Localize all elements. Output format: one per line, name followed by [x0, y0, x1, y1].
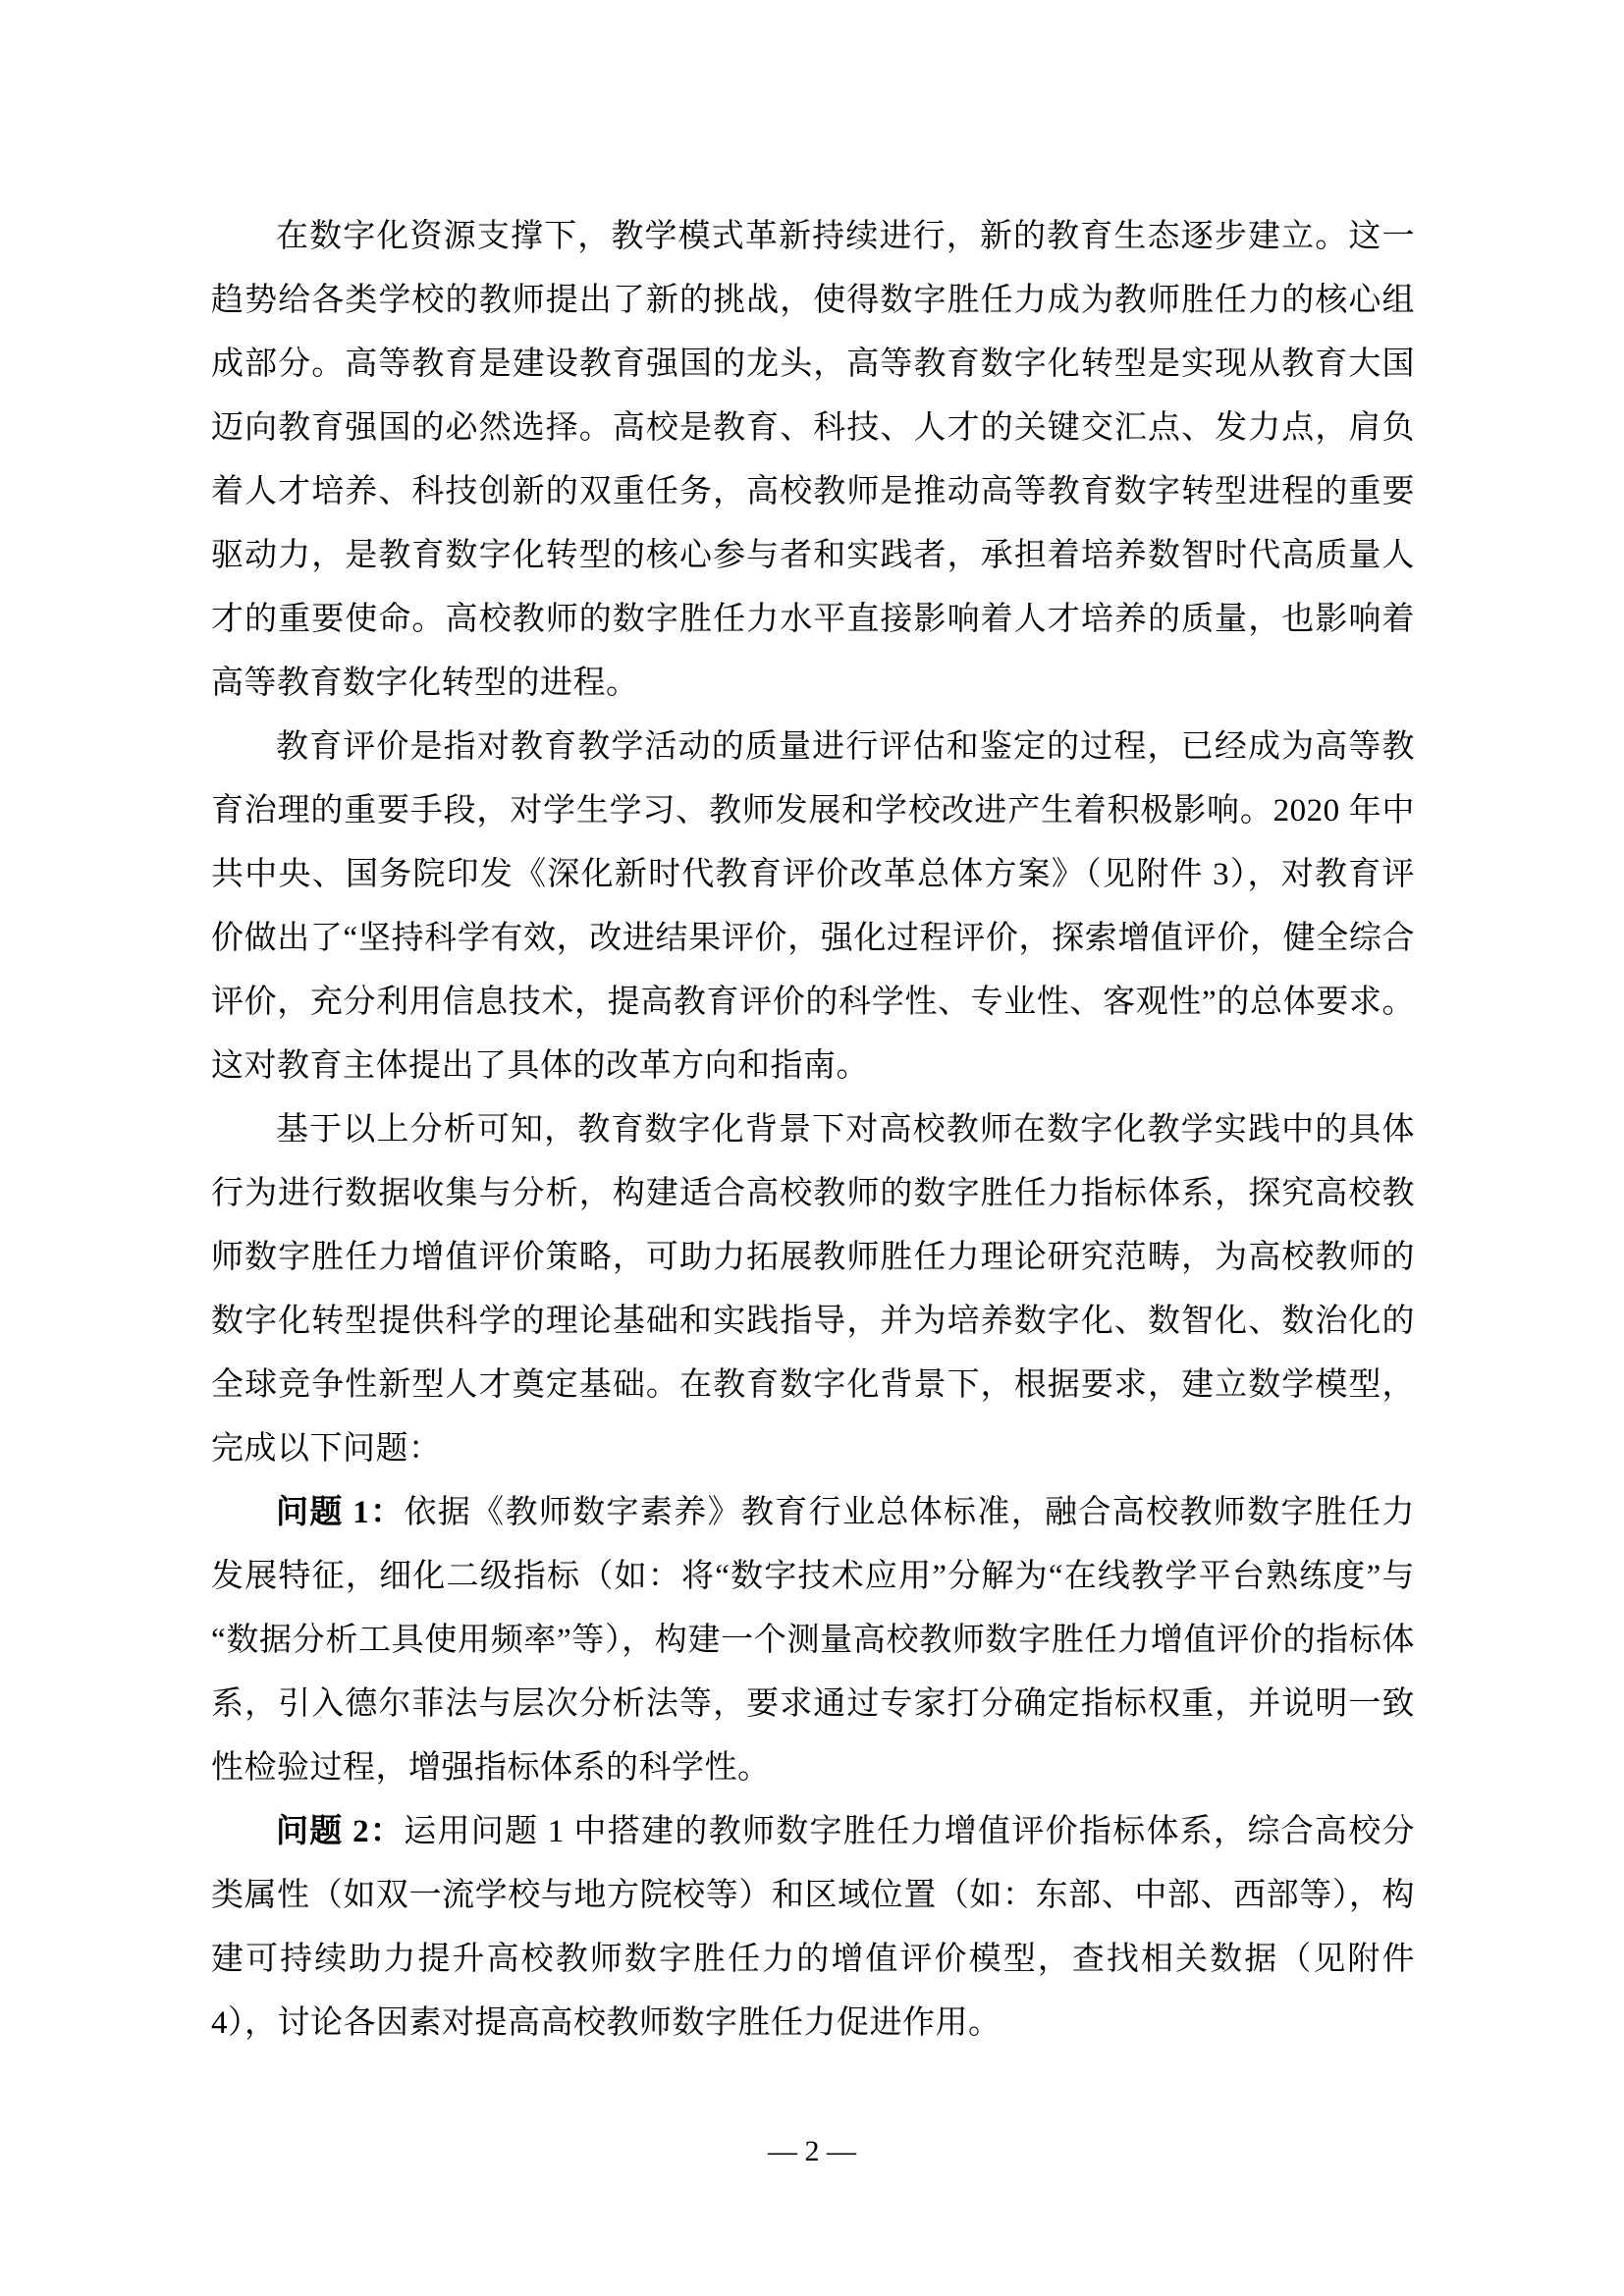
problem-2-label: 问题 2：: [276, 1814, 404, 1849]
paragraph-problem-2: 问题 2：运用问题 1 中搭建的教师数字胜任力增值评价指标体系，综合高校分类属性…: [211, 1800, 1415, 2056]
paragraph-analysis-summary: 基于以上分析可知，教育数字化背景下对高校教师在数字化教学实践中的具体行为进行数据…: [211, 1098, 1415, 1481]
paragraph-text: 在数字化资源支撑下，教学模式革新持续进行，新的教育生态逐步建立。这一趋势给各类学…: [211, 219, 1415, 701]
paragraph-problem-1: 问题 1：依据《教师数字素养》教育行业总体标准，融合高校教师数字胜任力发展特征，…: [211, 1481, 1415, 1800]
problem-1-label: 问题 1：: [276, 1495, 404, 1530]
paragraph-text: 教育评价是指对教育教学活动的质量进行评估和鉴定的过程，已经成为高等教育治理的重要…: [211, 729, 1415, 1084]
paragraph-text: 基于以上分析可知，教育数字化背景下对高校教师在数字化教学实践中的具体行为进行数据…: [211, 1112, 1415, 1467]
document-page: 在数字化资源支撑下，教学模式革新持续进行，新的教育生态逐步建立。这一趋势给各类学…: [0, 0, 1624, 2296]
paragraph-text: 依据《教师数字素养》教育行业总体标准，融合高校教师数字胜任力发展特征，细化二级指…: [211, 1495, 1415, 1786]
page-number: — 2 —: [0, 2132, 1624, 2171]
paragraph-intro-digital-resources: 在数字化资源支撑下，教学模式革新持续进行，新的教育生态逐步建立。这一趋势给各类学…: [211, 205, 1415, 716]
paragraph-education-evaluation: 教育评价是指对教育教学活动的质量进行评估和鉴定的过程，已经成为高等教育治理的重要…: [211, 716, 1415, 1098]
document-body: 在数字化资源支撑下，教学模式革新持续进行，新的教育生态逐步建立。这一趋势给各类学…: [211, 205, 1415, 2056]
